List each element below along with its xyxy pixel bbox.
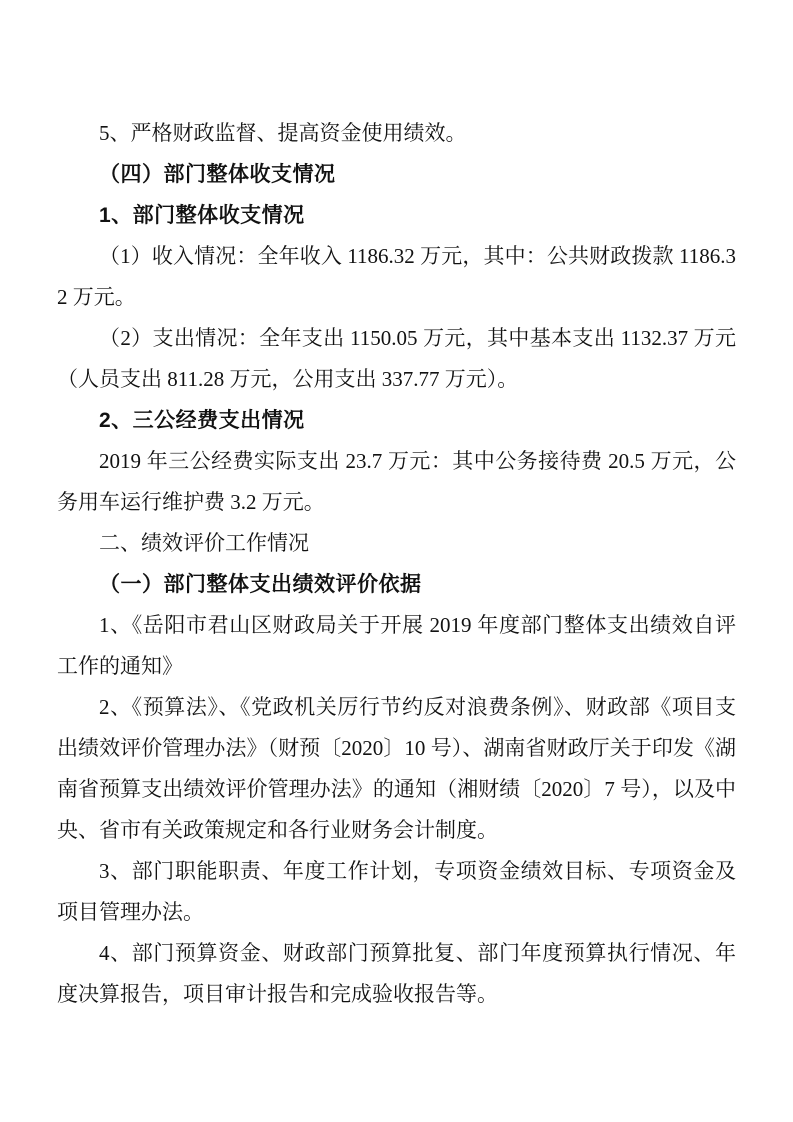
heading-overall-income-expense: 1、部门整体收支情况 <box>57 195 736 236</box>
document-page: 5、严格财政监督、提高资金使用绩效。 （四）部门整体收支情况 1、部门整体收支情… <box>0 0 793 1122</box>
para-income-situation: （1）收入情况：全年收入 1186.32 万元，其中：公共财政拨款 1186.3… <box>57 236 736 318</box>
para-evaluation-basis-3: 3、部门职能职责、年度工作计划，专项资金绩效目标、专项资金及项目管理办法。 <box>57 851 736 933</box>
document-body: 5、严格财政监督、提高资金使用绩效。 （四）部门整体收支情况 1、部门整体收支情… <box>57 113 736 1015</box>
para-section-two-performance-work: 二、绩效评价工作情况 <box>57 523 736 564</box>
para-expense-situation: （2）支出情况：全年支出 1150.05 万元，其中基本支出 1132.37 万… <box>57 318 736 400</box>
heading-section-four-income-expense: （四）部门整体收支情况 <box>57 154 736 195</box>
para-evaluation-basis-2: 2、《预算法》、《党政机关厉行节约反对浪费条例》、财政部《项目支出绩效评价管理办… <box>57 687 736 851</box>
para-strict-supervision: 5、严格财政监督、提高资金使用绩效。 <box>57 113 736 154</box>
heading-evaluation-basis: （一）部门整体支出绩效评价依据 <box>57 564 736 605</box>
para-evaluation-basis-4: 4、部门预算资金、财政部门预算批复、部门年度预算执行情况、年度决算报告，项目审计… <box>57 933 736 1015</box>
heading-three-public-funds: 2、三公经费支出情况 <box>57 400 736 441</box>
para-evaluation-basis-1: 1、《岳阳市君山区财政局关于开展 2019 年度部门整体支出绩效自评工作的通知》 <box>57 605 736 687</box>
para-three-public-funds-detail: 2019 年三公经费实际支出 23.7 万元：其中公务接待费 20.5 万元，公… <box>57 441 736 523</box>
